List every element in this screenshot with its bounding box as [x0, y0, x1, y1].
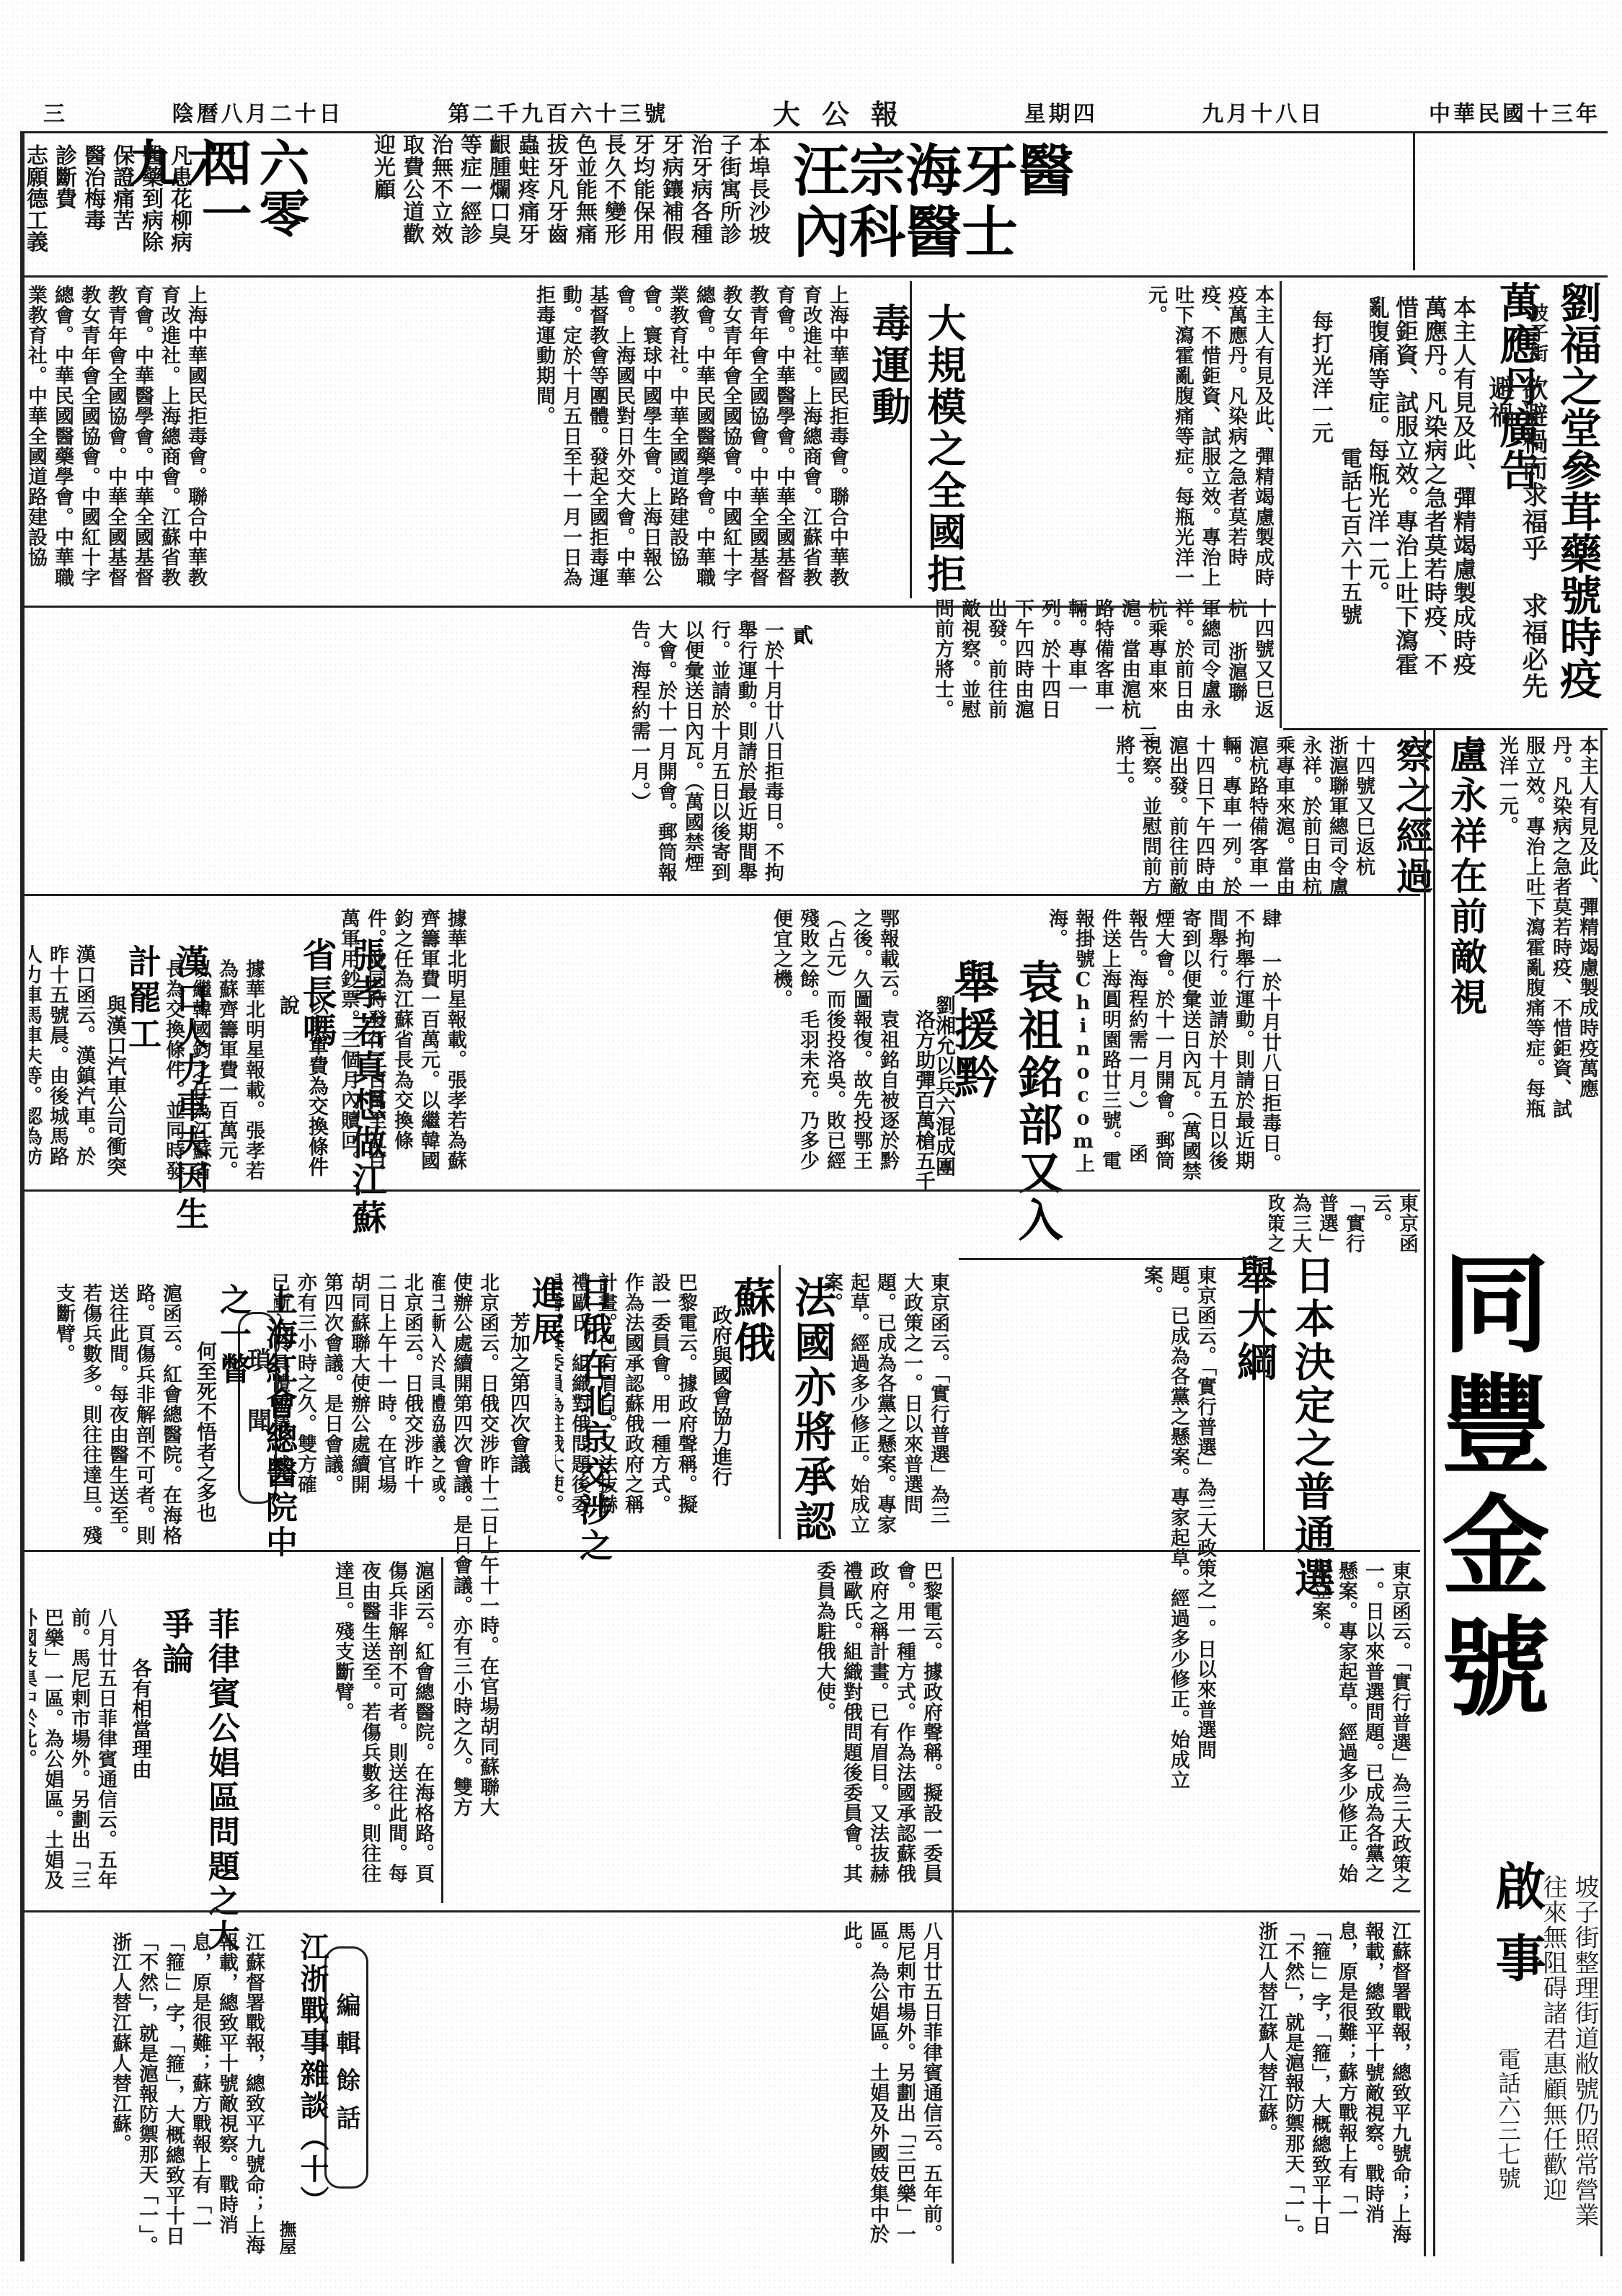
masthead-lunar-date: 陰曆八月二十日	[172, 96, 344, 128]
masthead: 中華民國十三年 九月十八日 星期四 大公報 第二千九百六十三號 陰曆八月二十日 …	[43, 97, 1600, 126]
masthead-date-roc: 中華民國十三年	[1429, 96, 1600, 128]
masthead-issue-number: 第二千九百六十三號	[448, 96, 668, 128]
masthead-page-number: 三	[43, 96, 68, 128]
masthead-date-month-day: 九月十八日	[1202, 96, 1324, 128]
masthead-weekday: 星期四	[1024, 96, 1098, 128]
masthead-paper-name: 大公報	[773, 92, 920, 132]
page-frame	[20, 131, 1610, 2261]
